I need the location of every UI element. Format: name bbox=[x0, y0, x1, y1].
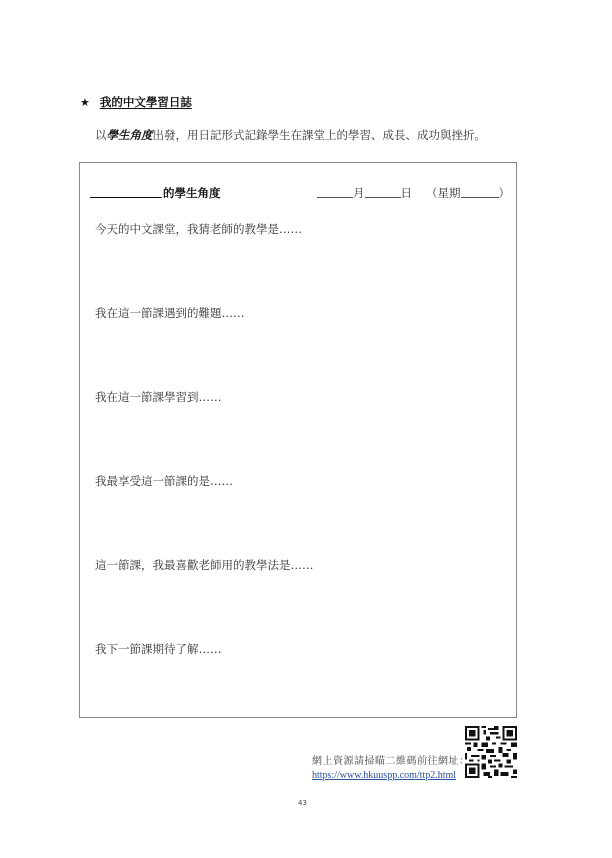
weekday-open: （星期 bbox=[426, 185, 461, 201]
journal-header: 的學生角度 月 日 （星期 ） bbox=[90, 185, 506, 201]
prompt-next-lesson: 我下一節課期待了解…… bbox=[95, 641, 222, 657]
weekday-close: ） bbox=[499, 185, 511, 201]
intro-text: 以學生角度出發，用日記形式記錄學生在課堂上的學習、成長、成功與挫折。 bbox=[95, 127, 486, 143]
weekday-blank[interactable] bbox=[461, 185, 499, 198]
section-heading: ★ 我的中文學習日誌 bbox=[80, 94, 192, 110]
page-number: 43 bbox=[298, 799, 307, 807]
intro-prefix: 以 bbox=[95, 128, 107, 142]
prompt-favorite-method: 這一節課，我最喜歡老師用的教學法是…… bbox=[95, 557, 314, 573]
month-label: 月 bbox=[353, 185, 365, 201]
prompt-enjoyed: 我最享受這一節課的是…… bbox=[95, 473, 233, 489]
prompt-difficulties: 我在這一節課遇到的難題…… bbox=[95, 305, 245, 321]
day-label: 日 bbox=[401, 185, 413, 201]
star-icon: ★ bbox=[80, 96, 90, 109]
footer-note: 網上資源請掃瞄二維碼前往網址： bbox=[312, 752, 470, 767]
name-blank[interactable] bbox=[90, 185, 162, 198]
prompt-teaching-guess: 今天的中文課堂，我猜老師的教學是…… bbox=[95, 221, 302, 237]
journal-box: 的學生角度 月 日 （星期 ） 今天的中文課堂，我猜老師的教學是…… 我在這一節… bbox=[79, 162, 517, 718]
role-label: 的學生角度 bbox=[163, 185, 221, 201]
prompt-learned: 我在這一節課學習到…… bbox=[95, 389, 222, 405]
qr-code-icon[interactable] bbox=[465, 726, 517, 778]
intro-rest: 出發，用日記形式記錄學生在課堂上的學習、成長、成功與挫折。 bbox=[153, 128, 487, 142]
date-fields: 月 日 （星期 ） bbox=[317, 185, 510, 201]
section-title: 我的中文學習日誌 bbox=[100, 94, 192, 110]
month-blank[interactable] bbox=[317, 185, 353, 198]
intro-emphasis: 學生角度 bbox=[107, 128, 153, 142]
day-blank[interactable] bbox=[365, 185, 401, 198]
resource-link[interactable]: https://www.hkuuspp.com/ttp2.html bbox=[312, 770, 456, 781]
